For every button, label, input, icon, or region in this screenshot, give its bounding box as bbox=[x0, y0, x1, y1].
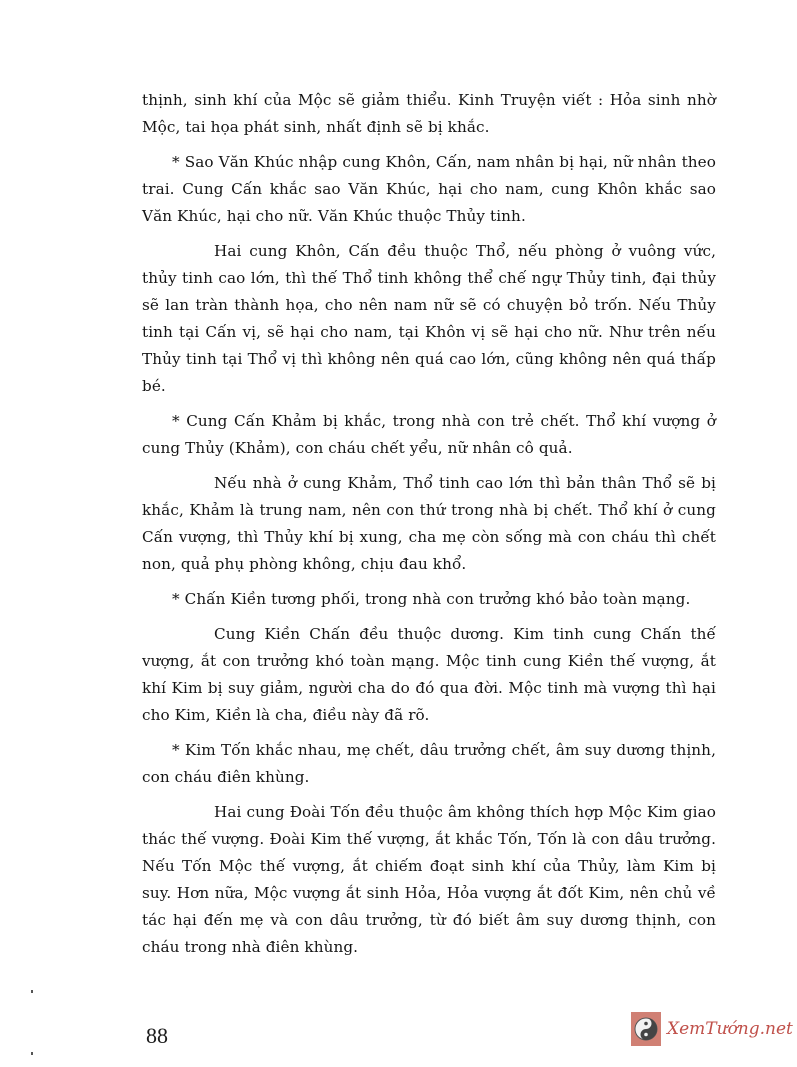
paragraph-continuation: thịnh, sinh khí của Mộc sẽ giảm thiểu. K… bbox=[142, 87, 716, 141]
page-body: thịnh, sinh khí của Mộc sẽ giảm thiểu. K… bbox=[142, 87, 716, 961]
paragraph-explanation-kham: Nếu nhà ở cung Khảm, Thổ tinh cao lớn th… bbox=[142, 470, 716, 578]
paragraph-rule-kim-ton: * Kim Tốn khắc nhau, mẹ chết, dâu trưởng… bbox=[142, 737, 716, 791]
scan-speck bbox=[31, 1052, 33, 1055]
watermark: XemTướng.net bbox=[631, 1012, 793, 1046]
paragraph-rule-can-kham: * Cung Cấn Khảm bị khắc, trong nhà con t… bbox=[142, 408, 716, 462]
yin-yang-icon bbox=[631, 1012, 661, 1046]
page-number: 88 bbox=[146, 1023, 168, 1049]
scan-speck bbox=[31, 990, 33, 993]
paragraph-explanation-doai-ton: Hai cung Đoài Tốn đều thuộc âm không thí… bbox=[142, 799, 716, 961]
paragraph-explanation-kien-chan: Cung Kiền Chấn đều thuộc dương. Kim tinh… bbox=[142, 621, 716, 729]
paragraph-rule-van-khuc: * Sao Văn Khúc nhập cung Khôn, Cấn, nam … bbox=[142, 149, 716, 230]
watermark-text: XemTướng.net bbox=[667, 1019, 793, 1039]
paragraph-explanation-khon-can: Hai cung Khôn, Cấn đều thuộc Thổ, nếu ph… bbox=[142, 238, 716, 400]
paragraph-rule-chan-kien: * Chấn Kiền tương phối, trong nhà con tr… bbox=[142, 586, 716, 613]
